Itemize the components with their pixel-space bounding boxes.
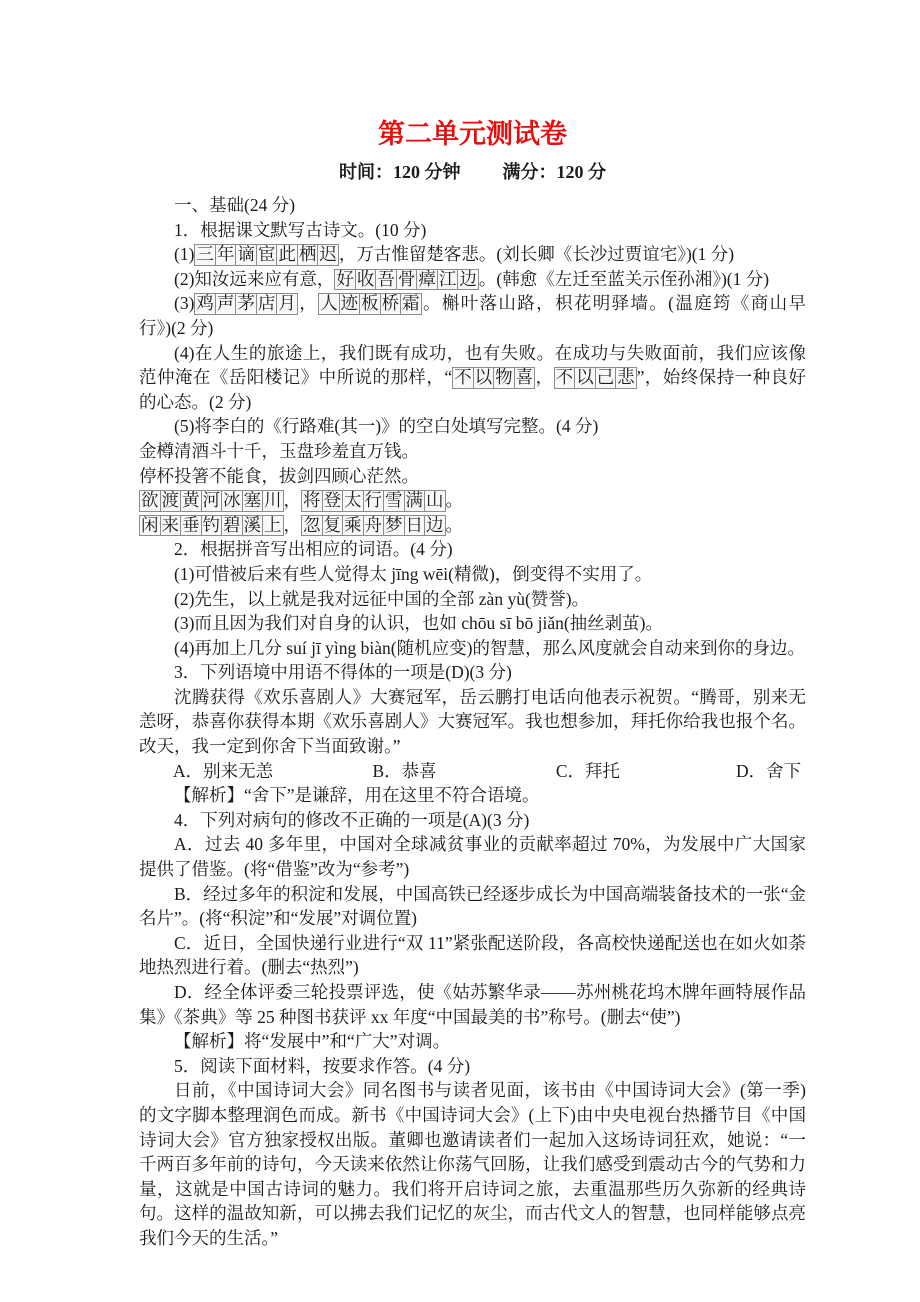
q3-passage: 沈腾获得《欢乐喜剧人》大赛冠军，岳云鹏打电话向他表示祝贺。“腾哥，别来无恙呀，恭… — [139, 685, 806, 759]
q3-analysis: 【解析】“舍下”是谦辞，用在这里不符合语境。 — [139, 783, 806, 808]
q2-stem: 2．根据拼音写出相应的词语。(4 分) — [139, 537, 806, 562]
q1-item-2-pre: (2)知汝远来应有意， — [174, 269, 334, 289]
q1-item-2: (2)知汝远来应有意，好收吾骨瘴江边。(韩愈《左迁至蓝关示侄孙湘》)(1 分) — [139, 267, 806, 292]
q4-stem: 4．下列对病句的修改不正确的一项是(A)(3 分) — [139, 808, 806, 833]
q1-item-3-answer-boxes-a: 鸡声茅店月 — [194, 293, 298, 313]
q2-item-2: (2)先生，以上就是我对远征中国的全部 zàn yù(赞誉)。 — [139, 587, 806, 612]
q1-item-3-pre: (3) — [174, 293, 194, 313]
q1-item-3: (3)鸡声茅店月，人迹板桥霜。槲叶落山路，枳花明驿墙。(温庭筠《商山早行》)(2… — [139, 291, 806, 340]
q1-item-1-answer-boxes: 三年谪宦此栖迟 — [194, 244, 339, 264]
q4-analysis: 【解析】将“发展中”和“广大”对调。 — [139, 1029, 806, 1054]
q1-item-1: (1)三年谪宦此栖迟，万古惟留楚客悲。(刘长卿《长沙过贾谊宅》)(1 分) — [139, 242, 806, 267]
q1-item-5: (5)将李白的《行路难(其一)》的空白处填写完整。(4 分) — [139, 414, 806, 439]
poem-line-4-post: 。 — [446, 515, 464, 535]
q1-item-1-pre: (1) — [174, 244, 194, 264]
q3-option-b: B．恭喜 — [372, 759, 436, 784]
q5-passage: 日前，《中国诗词大会》同名图书与读者见面，该书由《中国诗词大会》(第一季)的文字… — [139, 1078, 806, 1250]
poem-line-3-post: 。 — [446, 490, 464, 510]
document-content: 第二单元测试卷 时间：120 分钟满分：120 分 一、基础(24 分) 1．根… — [0, 0, 920, 1251]
q4-option-b: B．经过多年的积淀和发展，中国高铁已经逐步成长为中国高端装备技术的一张“金名片”… — [139, 882, 806, 931]
page-title: 第二单元测试卷 — [139, 118, 806, 150]
q3-options-row: A．别来无恙 B．恭喜 C．拜托 D．舍下 — [139, 759, 806, 784]
q3-option-c: C．拜托 — [556, 759, 620, 784]
poem-line-4-answer-boxes-a: 闲来垂钓碧溪上 — [139, 515, 284, 535]
q1-item-4: (4)在人生的旅途上，我们既有成功，也有失败。在成功与失败面前，我们应该像范仲淹… — [139, 341, 806, 415]
poem-line-3-answer-boxes-b: 将登太行雪满山 — [301, 490, 446, 510]
q1-item-4-answer-boxes-a: 不以物喜 — [452, 367, 535, 387]
poem-line-1: 金樽清酒斗十千，玉盘珍羞直万钱。 — [139, 439, 806, 464]
poem-line-2: 停杯投箸不能食，拔剑四顾心茫然。 — [139, 464, 806, 489]
q1-item-2-answer-boxes: 好收吾骨瘴江边 — [334, 269, 479, 289]
q2-item-4: (4)再加上几分 suí jī yìng biàn(随机应变)的智慧，那么风度就… — [139, 636, 806, 661]
q4-option-a: A．过去 40 多年里，中国对全球减贫事业的贡献率超过 70%，为发展中广大国家… — [139, 832, 806, 881]
test-paper-page: 第二单元测试卷 时间：120 分钟满分：120 分 一、基础(24 分) 1．根… — [0, 0, 920, 1302]
poem-line-4: 闲来垂钓碧溪上，忽复乘舟梦日边。 — [139, 513, 806, 538]
q1-item-1-post: ，万古惟留楚客悲。(刘长卿《长沙过贾谊宅》)(1 分) — [339, 244, 734, 264]
q3-stem: 3．下列语境中用语不得体的一项是(D)(3 分) — [139, 660, 806, 685]
q2-item-3: (3)而且因为我们对自身的认识，也如 chōu sī bō jiǎn(抽丝剥茧)… — [139, 611, 806, 636]
poem-line-4-mid: ， — [284, 515, 302, 535]
q1-item-3-mid: ， — [298, 293, 318, 313]
q4-option-d: D．经全体评委三轮投票评选，使《姑苏繁华录——苏州桃花坞木牌年画特展作品集》《茶… — [139, 980, 806, 1029]
q3-option-d: D．舍下 — [736, 759, 801, 784]
q4-option-c: C．近日，全国快递行业进行“双 11”紧张配送阶段，各高校快递配送也在如火如荼地… — [139, 931, 806, 980]
q1-stem: 1．根据课文默写古诗文。(10 分) — [139, 218, 806, 243]
poem-line-3: 欲渡黄河冰塞川，将登太行雪满山。 — [139, 488, 806, 513]
exam-time: 时间：120 分钟 — [339, 162, 461, 182]
exam-full-score: 满分：120 分 — [503, 162, 607, 182]
section-heading: 一、基础(24 分) — [139, 193, 806, 218]
exam-meta: 时间：120 分钟满分：120 分 — [139, 160, 806, 184]
q1-item-3-answer-boxes-b: 人迹板桥霜 — [318, 293, 422, 313]
q1-item-4-mid: ， — [535, 367, 553, 387]
q1-item-2-post: 。(韩愈《左迁至蓝关示侄孙湘》)(1 分) — [479, 269, 769, 289]
q1-item-4-answer-boxes-b: 不以己悲 — [554, 367, 637, 387]
q5-stem: 5．阅读下面材料，按要求作答。(4 分) — [139, 1054, 806, 1079]
q2-item-1: (1)可惜被后来有些人觉得太 jīng wēi(精微)，倒变得不实用了。 — [139, 562, 806, 587]
poem-line-4-answer-boxes-b: 忽复乘舟梦日边 — [301, 515, 446, 535]
poem-line-3-answer-boxes-a: 欲渡黄河冰塞川 — [139, 490, 284, 510]
poem-line-3-mid: ， — [284, 490, 302, 510]
q3-option-a: A．别来无恙 — [173, 759, 273, 784]
